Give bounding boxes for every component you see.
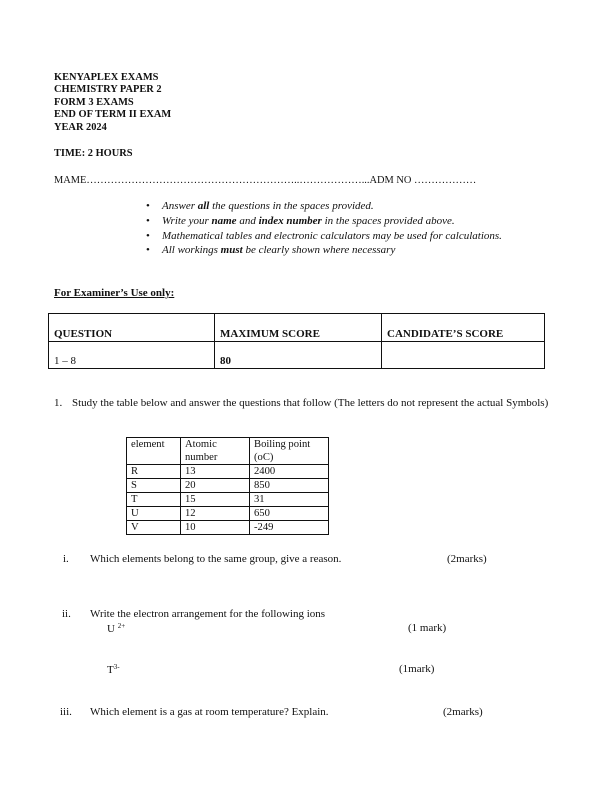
header-line-school: KENYAPLEX EXAMS	[54, 72, 171, 84]
adm-label: ..ADM NO	[364, 175, 411, 186]
ion-u: U 2+	[107, 622, 125, 635]
table-header-row: element Atomic number Boiling point (oC)	[127, 438, 329, 465]
ion-t: T3-	[107, 663, 120, 676]
part-iii-number: iii.	[60, 706, 72, 718]
cell-question-range: 1 – 8	[49, 342, 215, 369]
table-row: U12650	[127, 507, 329, 521]
exam-header: KENYAPLEX EXAMS CHEMISTRY PAPER 2 FORM 3…	[54, 72, 171, 134]
header-question: QUESTION	[49, 314, 215, 342]
part-ii-number: ii.	[62, 608, 71, 620]
instructions-list: Answer all the questions in the spaces p…	[146, 199, 502, 258]
examiner-title: For Examiner’s Use only:	[54, 287, 174, 299]
instruction-item: Answer all the questions in the spaces p…	[146, 199, 502, 214]
table-row: R132400	[127, 465, 329, 479]
header-max-score: MAXIMUM SCORE	[215, 314, 382, 342]
name-adm-line: MAME……………………………………………………..………………...ADM N…	[54, 175, 476, 186]
table-row: 1 – 8 80	[49, 342, 545, 369]
table-header-row: QUESTION MAXIMUM SCORE CANDIDATE’S SCORE	[49, 314, 545, 342]
header-line-form: FORM 3 EXAMS	[54, 97, 171, 109]
cell-candidate-score[interactable]	[382, 342, 545, 369]
ion-t-marks: (1mark)	[399, 663, 434, 675]
part-i-text: Which elements belong to the same group,…	[90, 553, 341, 565]
name-field[interactable]: ……………………………………………………..……………….	[86, 175, 364, 186]
question-number: 1.	[54, 397, 62, 411]
header-line-exam: END OF TERM II EXAM	[54, 109, 171, 121]
header-boiling-point: Boiling point (oC)	[250, 438, 329, 465]
cell-max-score: 80	[215, 342, 382, 369]
element-table: element Atomic number Boiling point (oC)…	[126, 437, 329, 535]
part-i-marks: (2marks)	[447, 553, 487, 565]
header-candidate-score: CANDIDATE’S SCORE	[382, 314, 545, 342]
question-text: Study the table below and answer the que…	[72, 397, 554, 411]
part-i-number: i.	[63, 553, 69, 565]
part-iii-text: Which element is a gas at room temperatu…	[90, 706, 329, 718]
header-line-year: YEAR 2024	[54, 122, 171, 134]
table-row: T1531	[127, 493, 329, 507]
name-label: MAME	[54, 175, 86, 186]
header-element: element	[127, 438, 181, 465]
question-1: 1. Study the table below and answer the …	[54, 397, 554, 411]
ion-u-marks: (1 mark)	[408, 622, 446, 634]
table-row: S20850	[127, 479, 329, 493]
table-row: V10-249	[127, 521, 329, 535]
part-iii-marks: (2marks)	[443, 706, 483, 718]
header-atomic-number: Atomic number	[181, 438, 250, 465]
exam-time: TIME: 2 HOURS	[54, 148, 133, 159]
part-ii-text: Write the electron arrangement for the f…	[90, 608, 325, 620]
instruction-item: Write your name and index number in the …	[146, 214, 502, 229]
examiner-score-table: QUESTION MAXIMUM SCORE CANDIDATE’S SCORE…	[48, 313, 545, 369]
adm-field[interactable]: ………………	[414, 175, 476, 186]
header-line-paper: CHEMISTRY PAPER 2	[54, 84, 171, 96]
instruction-item: All workings must be clearly shown where…	[146, 243, 502, 258]
instruction-item: Mathematical tables and electronic calcu…	[146, 229, 502, 244]
